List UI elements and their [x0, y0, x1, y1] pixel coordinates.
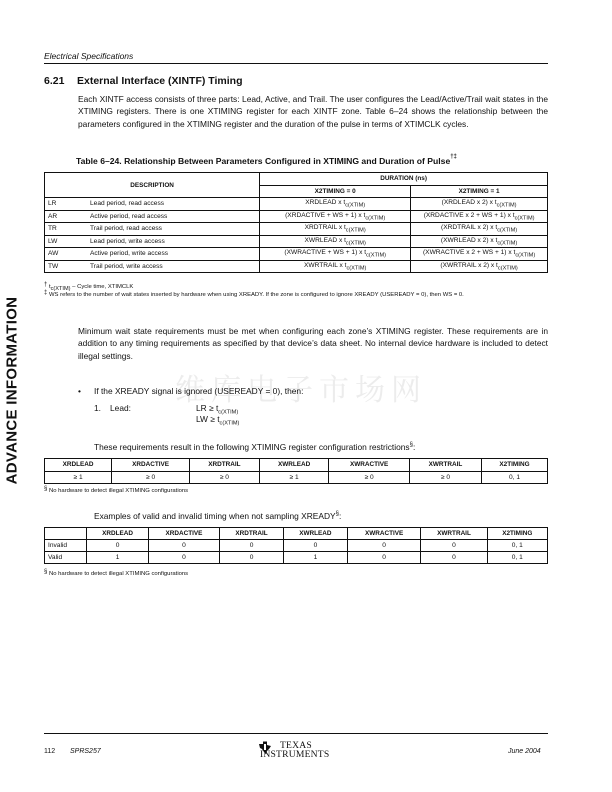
eq-text: LW ≥ t — [196, 414, 220, 424]
caption-footnote-marks: †‡ — [450, 154, 457, 160]
section-heading: External Interface (XINTF) Timing — [77, 75, 243, 87]
duration-x2timing-1: (XWRLEAD x 2) x tc(XTIM) — [411, 235, 548, 248]
footer-rule — [44, 733, 548, 734]
duration-x2timing-1: (XRDLEAD x 2) x tc(XTIM) — [411, 198, 548, 211]
column-header: XWRTRAIL — [421, 528, 487, 540]
header-duration: DURATION (ns) — [260, 173, 548, 186]
row-label: Invalid — [45, 540, 87, 552]
numbered-item: 1.Lead: — [94, 403, 196, 413]
footnote-text: – Cycle time, XTIMCLK — [71, 284, 134, 290]
table-row: Invalid0000000, 1 — [45, 540, 548, 552]
cell-value: 0 — [421, 552, 487, 564]
column-header: XWRLEAD — [283, 528, 347, 540]
table-row: AWActive period, write access(XWRACTIVE … — [45, 248, 548, 261]
section-title: 6.21External Interface (XINTF) Timing — [44, 75, 243, 87]
param-description: Lead period, write access — [87, 235, 260, 248]
table-row: LRLead period, read accessXRDLEAD x tc(X… — [45, 198, 548, 211]
intro-end: : — [339, 511, 341, 521]
cell-value: 0 — [347, 552, 421, 564]
item-label: Lead: — [110, 403, 196, 413]
restriction-value: ≥ 0 — [329, 471, 409, 484]
param-code: LR — [45, 198, 88, 211]
restriction-value: 0, 1 — [482, 471, 548, 484]
bullet-text: If the XREADY signal is ignored (USEREAD… — [94, 386, 303, 396]
cell-value: 0 — [87, 540, 149, 552]
examples-intro: Examples of valid and invalid timing whe… — [94, 510, 534, 522]
cell-value: 0 — [421, 540, 487, 552]
duration-x2timing-0: XRDLEAD x tc(XTIM) — [260, 198, 411, 211]
param-code: AR — [45, 210, 88, 223]
cell-value: 0 — [148, 540, 219, 552]
texas-instruments-logo: TEXAS INSTRUMENTS — [258, 741, 329, 759]
dagger-mark: † — [44, 282, 47, 288]
timing-relationship-table: DESCRIPTION DURATION (ns) X2TIMING = 0 X… — [44, 172, 548, 273]
column-header: XRDLEAD — [45, 459, 112, 472]
duration-x2timing-0: XRDTRAIL x tc(XTIM) — [260, 223, 411, 236]
advance-information-label: ADVANCE INFORMATION — [4, 281, 21, 501]
duration-x2timing-0: XWRTRAIL x tc(XTIM) — [260, 260, 411, 273]
publication-date: June 2004 — [508, 748, 541, 755]
param-code: TR — [45, 223, 88, 236]
column-header: XWRLEAD — [259, 459, 329, 472]
section-mark: § — [44, 486, 47, 492]
row-label: Valid — [45, 552, 87, 564]
param-code: AW — [45, 248, 88, 261]
item-number: 1. — [94, 403, 110, 413]
restrictions-intro: These requirements result in the followi… — [94, 441, 534, 453]
cell-value: 1 — [283, 552, 347, 564]
duration-x2timing-0: (XRDACTIVE + WS + 1) x tc(XTIM) — [260, 210, 411, 223]
tsub: c(XTIM) — [220, 421, 240, 427]
cell-value: 0 — [283, 540, 347, 552]
duration-x2timing-1: (XRDACTIVE x 2 + WS + 1) x tc(XTIM) — [411, 210, 548, 223]
duration-x2timing-1: (XWRACTIVE x 2 + WS + 1) x tc(XTIM) — [411, 248, 548, 261]
cell-value: 0 — [347, 540, 421, 552]
table-row: TRTrail period, read accessXRDTRAIL x tc… — [45, 223, 548, 236]
footnote-ddagger: ‡ WS refers to the number of wait states… — [44, 292, 554, 299]
section-mark: § — [44, 569, 47, 575]
eq-text: LR ≥ t — [196, 403, 218, 413]
intro-text: These requirements result in the followi… — [94, 442, 410, 452]
duration-x2timing-1: (XWRTRAIL x 2) x tc(XTIM) — [411, 260, 548, 273]
restriction-value: ≥ 0 — [409, 471, 481, 484]
cell-value: 1 — [87, 552, 149, 564]
bullet-icon: • — [78, 386, 94, 396]
column-header: XRDACTIVE — [112, 459, 190, 472]
table-row: TWTrail period, write accessXWRTRAIL x t… — [45, 260, 548, 273]
param-code: TW — [45, 260, 88, 273]
duration-x2timing-0: XWRLEAD x tc(XTIM) — [260, 235, 411, 248]
caption-text: Table 6–24. Relationship Between Paramet… — [76, 156, 450, 166]
cell-value: 0 — [148, 552, 219, 564]
param-description: Active period, read access — [87, 210, 260, 223]
column-header: XRDLEAD — [87, 528, 149, 540]
param-code: LW — [45, 235, 88, 248]
restrictions-table: XRDLEADXRDACTIVEXRDTRAILXWRLEADXWRACTIVE… — [44, 458, 548, 484]
cell-value: 0 — [220, 540, 284, 552]
duration-x2timing-0: (XWRACTIVE + WS + 1) x tc(XTIM) — [260, 248, 411, 261]
param-description: Trail period, write access — [87, 260, 260, 273]
table-row: LWLead period, write accessXWRLEAD x tc(… — [45, 235, 548, 248]
table-row: Valid1001000, 1 — [45, 552, 548, 564]
column-header: XRDACTIVE — [148, 528, 219, 540]
restriction-value: ≥ 0 — [190, 471, 260, 484]
restriction-value: ≥ 0 — [112, 471, 190, 484]
running-header: Electrical Specifications — [44, 51, 133, 61]
column-header: XWRACTIVE — [347, 528, 421, 540]
page-number: 112 — [44, 748, 55, 755]
column-header: XWRACTIVE — [329, 459, 409, 472]
header-description: DESCRIPTION — [45, 173, 260, 198]
table-caption: Table 6–24. Relationship Between Paramet… — [76, 156, 457, 166]
column-header: XRDTRAIL — [220, 528, 284, 540]
duration-x2timing-1: (XRDTRAIL x 2) x tc(XTIM) — [411, 223, 548, 236]
param-description: Lead period, read access — [87, 198, 260, 211]
column-header: X2TIMING — [487, 528, 547, 540]
logo-line-2: INSTRUMENTS — [260, 750, 329, 759]
intro-end: : — [413, 442, 415, 452]
cell-value: 0 — [220, 552, 284, 564]
footnote-text: No hardware to detect illegal XTIMING co… — [47, 488, 188, 494]
column-header — [45, 528, 87, 540]
bullet-item: •If the XREADY signal is ignored (USEREA… — [78, 386, 303, 396]
equation-lw: LW ≥ tc(XTIM) — [196, 414, 239, 427]
table-row: ≥ 1≥ 0≥ 0≥ 1≥ 0≥ 00, 1 — [45, 471, 548, 484]
section-mark: § — [336, 511, 339, 517]
section-number: 6.21 — [44, 75, 77, 87]
examples-table: XRDLEADXRDACTIVEXRDTRAILXWRLEADXWRACTIVE… — [44, 527, 548, 564]
param-description: Active period, write access — [87, 248, 260, 261]
restriction-value: ≥ 1 — [45, 471, 112, 484]
document-id: SPRS257 — [70, 748, 101, 755]
footnote-text: WS refers to the number of wait states i… — [49, 292, 464, 298]
section-mark: § — [410, 442, 413, 448]
header-rule — [44, 63, 548, 64]
header-x2timing-1: X2TIMING = 1 — [411, 185, 548, 198]
header-x2timing-0: X2TIMING = 0 — [260, 185, 411, 198]
restriction-value: ≥ 1 — [259, 471, 329, 484]
wait-state-paragraph: Minimum wait state requirements must be … — [78, 325, 548, 362]
column-header: XRDTRAIL — [190, 459, 260, 472]
cell-value: 0, 1 — [487, 552, 547, 564]
ddagger-mark: ‡ — [44, 290, 47, 296]
param-description: Trail period, read access — [87, 223, 260, 236]
restrictions-footnote: § No hardware to detect illegal XTIMING … — [44, 488, 554, 495]
column-header: XWRTRAIL — [409, 459, 481, 472]
table-row: ARActive period, read access(XRDACTIVE +… — [45, 210, 548, 223]
examples-footnote: § No hardware to detect illegal XTIMING … — [44, 571, 554, 578]
column-header: X2TIMING — [482, 459, 548, 472]
footnote-text: No hardware to detect illegal XTIMING co… — [47, 571, 188, 577]
intro-text: Examples of valid and invalid timing whe… — [94, 511, 336, 521]
intro-paragraph: Each XINTF access consists of three part… — [78, 93, 548, 130]
cell-value: 0, 1 — [487, 540, 547, 552]
